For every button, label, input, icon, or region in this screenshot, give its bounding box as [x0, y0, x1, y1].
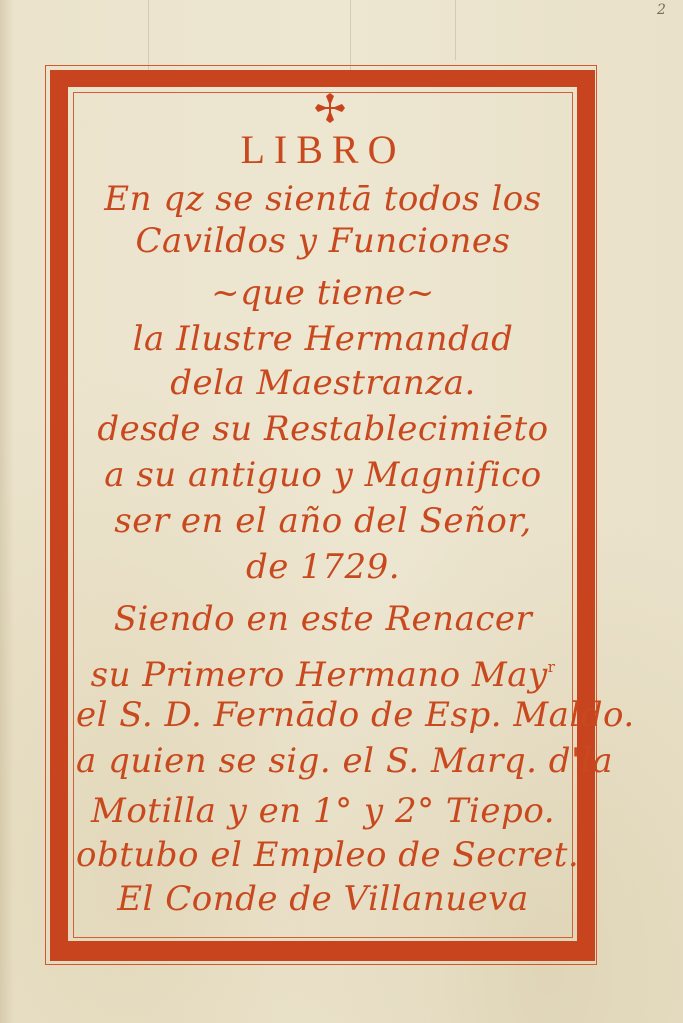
paper-fold-mark [350, 0, 351, 70]
manuscript-line: El Conde de Villanueva [76, 880, 570, 918]
manuscript-line: de 1729. [76, 548, 570, 586]
manuscript-line: obtubo el Empleo de Secret. [76, 836, 570, 874]
manuscript-line: el S. D. Fernādo de Esp. Maldo. [76, 696, 570, 734]
manuscript-line: su Primero Hermano Mayr [76, 648, 570, 694]
folio-number: 2 [657, 2, 666, 18]
manuscript-title: LIBRO [76, 126, 570, 173]
manuscript-line-text: su Primero Hermano May [91, 655, 548, 695]
manuscript-line: En qz se sientā todos los [76, 180, 570, 218]
manuscript-text-block: LIBRO En qz se sientā todos los Cavildos… [76, 92, 570, 932]
manuscript-line: ser en el año del Señor, [76, 502, 570, 540]
manuscript-line: a quien se sig. el S. Marq. d'la [76, 742, 570, 780]
manuscript-line: la Ilustre Hermandad [76, 320, 570, 358]
manuscript-line: Siendo en este Renacer [76, 600, 570, 638]
paper-fold-mark [455, 0, 456, 60]
manuscript-line: Cavildos y Funciones [76, 222, 570, 260]
superscript: r [548, 658, 556, 676]
manuscript-line: dela Maestranza. [76, 364, 570, 402]
manuscript-line: desde su Restablecimiēto [76, 410, 570, 448]
manuscript-line: ~que tiene~ [76, 274, 570, 312]
manuscript-line: a su antiguo y Magnifico [76, 456, 570, 494]
manuscript-line: Motilla y en 1° y 2° Tiepo. [76, 792, 570, 830]
